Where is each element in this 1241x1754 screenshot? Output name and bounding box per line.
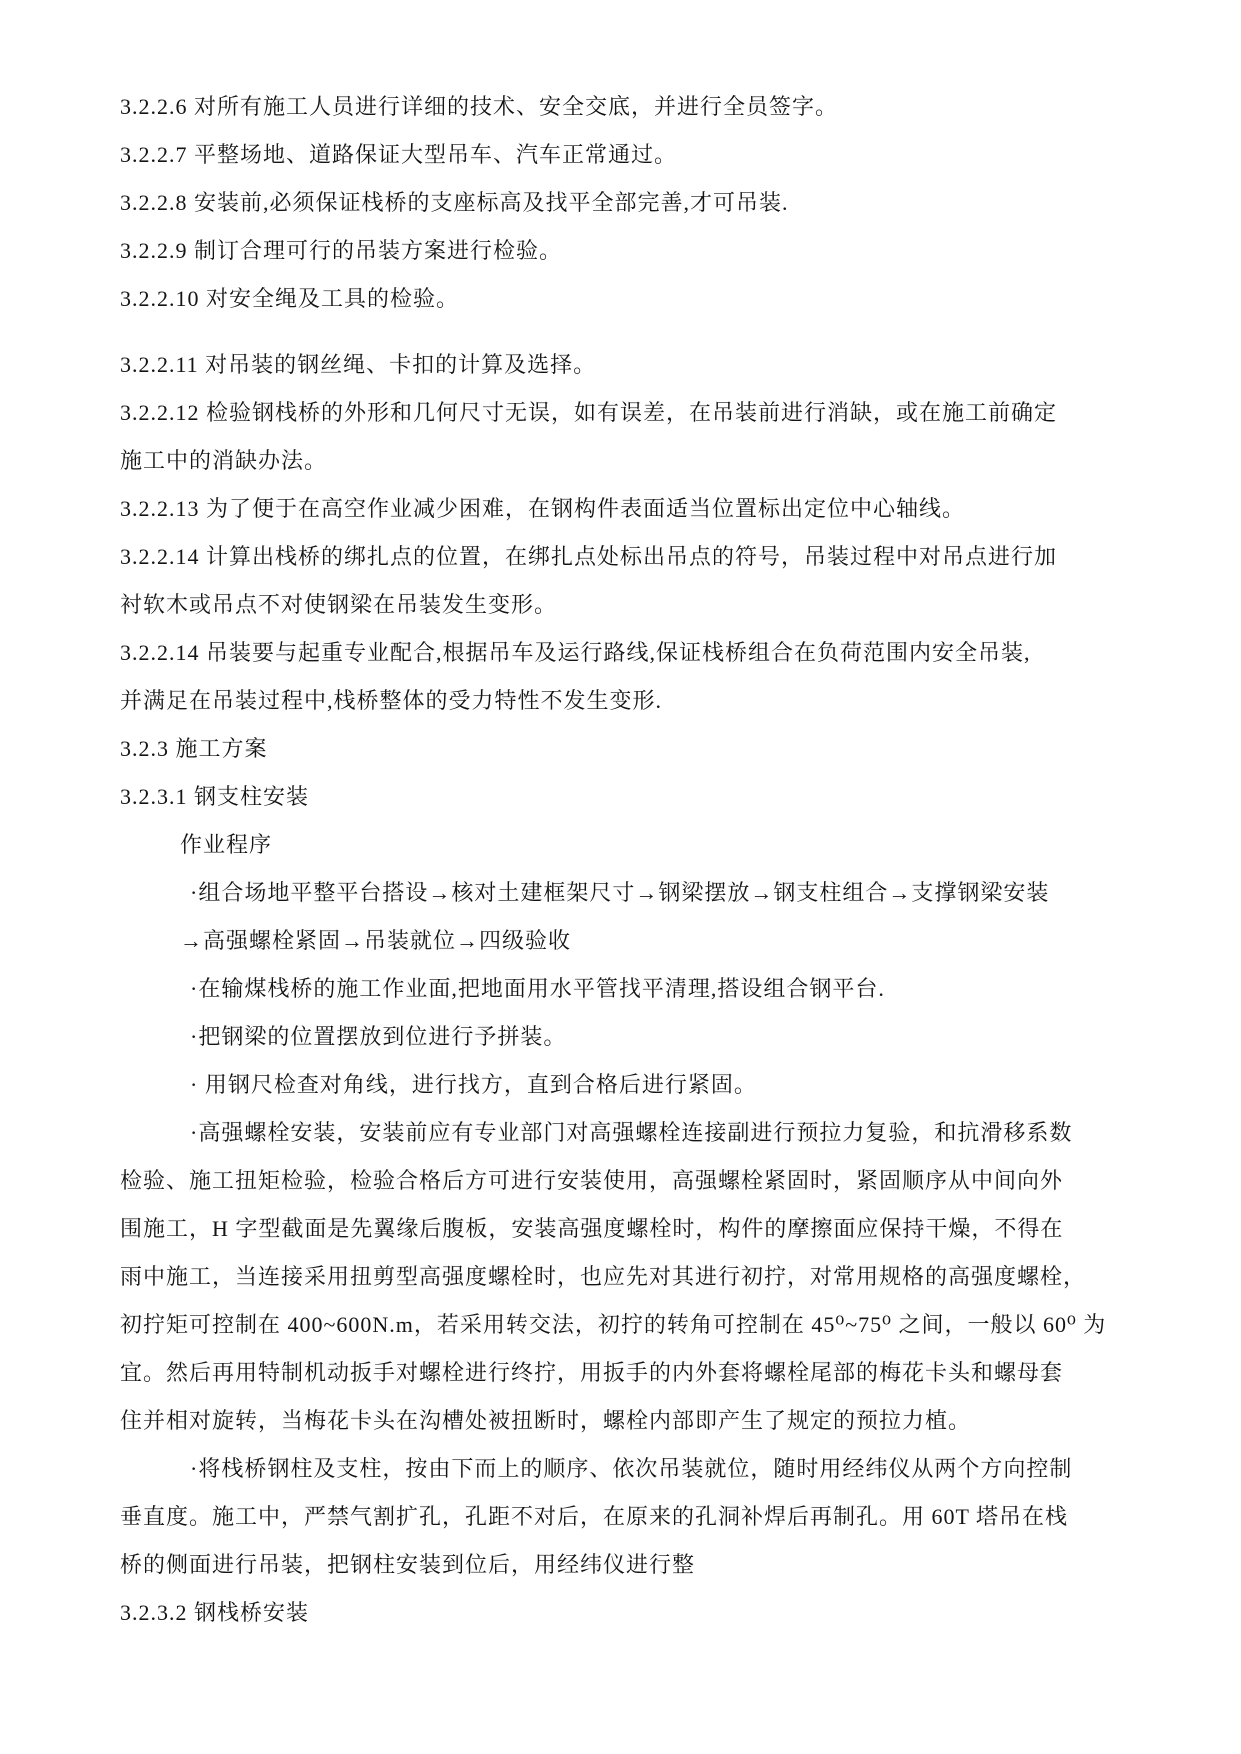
text-line: 垂直度。施工中，严禁气割扩孔，孔距不对后，在原来的孔洞补焊后再制孔。用 60T … (120, 1493, 1141, 1541)
text-line: ·高强螺栓安装，安装前应有专业部门对高强螺栓连接副进行预拉力复验，和抗滑移系数 (120, 1109, 1141, 1157)
text-line: 3.2.3.2 钢栈桥安装 (120, 1589, 1141, 1637)
text-line: 3.2.3 施工方案 (120, 725, 1141, 773)
text-line: · 用钢尺检查对角线，进行找方，直到合格后进行紧固。 (120, 1061, 1141, 1109)
text-line: 3.2.2.9 制订合理可行的吊装方案进行检验。 (120, 227, 1141, 275)
text-line: 3.2.2.14 吊装要与起重专业配合,根据吊车及运行路线,保证栈桥组合在负荷范… (120, 629, 1141, 677)
text-line: 宜。然后再用特制机动扳手对螺栓进行终拧，用扳手的内外套将螺栓尾部的梅花卡头和螺母… (120, 1349, 1141, 1397)
text-line: 3.2.2.6 对所有施工人员进行详细的技术、安全交底，并进行全员签字。 (120, 83, 1141, 131)
text-line: 住并相对旋转，当梅花卡头在沟槽处被扭断时，螺栓内部即产生了规定的预拉力植。 (120, 1397, 1141, 1445)
text-line: 检验、施工扭矩检验，检验合格后方可进行安装使用，高强螺栓紧固时，紧固顺序从中间向… (120, 1157, 1141, 1205)
text-line: →高强螺栓紧固→吊装就位→四级验收 (120, 917, 1141, 965)
text-line: ·把钢梁的位置摆放到位进行予拼装。 (120, 1013, 1141, 1061)
text-line: 3.2.2.7 平整场地、道路保证大型吊车、汽车正常通过。 (120, 131, 1141, 179)
text-line: 3.2.2.10 对安全绳及工具的检验。 (120, 275, 1141, 323)
text-line: 3.2.2.8 安装前,必须保证栈桥的支座标高及找平全部完善,才可吊装. (120, 179, 1141, 227)
text-line: 3.2.3.1 钢支柱安装 (120, 773, 1141, 821)
text-line: 围施工，H 字型截面是先翼缘后腹板，安装高强度螺栓时，构件的摩擦面应保持干燥，不… (120, 1205, 1141, 1253)
text-line: 作业程序 (120, 821, 1141, 869)
text-line: 3.2.2.14 计算出栈桥的绑扎点的位置，在绑扎点处标出吊点的符号，吊装过程中… (120, 533, 1141, 581)
text-line: 雨中施工，当连接采用扭剪型高强度螺栓时，也应先对其进行初拧，对常用规格的高强度螺… (120, 1253, 1141, 1301)
text-line: 施工中的消缺办法。 (120, 437, 1141, 485)
text-line: 3.2.2.12 检验钢栈桥的外形和几何尺寸无误，如有误差，在吊装前进行消缺，或… (120, 389, 1141, 437)
text-line: ·在输煤栈桥的施工作业面,把地面用水平管找平清理,搭设组合钢平台. (120, 965, 1141, 1013)
text-line: 初拧矩可控制在 400~600N.m，若采用转交法，初拧的转角可控制在 45⁰~… (120, 1301, 1141, 1349)
text-line: ·将栈桥钢柱及支柱，按由下而上的顺序、依次吊装就位，随时用经纬仪从两个方向控制 (120, 1445, 1141, 1493)
document-content: 3.2.2.6 对所有施工人员进行详细的技术、安全交底，并进行全员签字。3.2.… (120, 83, 1141, 1637)
text-line: 3.2.2.13 为了便于在高空作业减少困难，在钢构件表面适当位置标出定位中心轴… (120, 485, 1141, 533)
text-line: 3.2.2.11 对吊装的钢丝绳、卡扣的计算及选择。 (120, 341, 1141, 389)
text-line: 并满足在吊装过程中,栈桥整体的受力特性不发生变形. (120, 677, 1141, 725)
text-line: 衬软木或吊点不对使钢梁在吊装发生变形。 (120, 581, 1141, 629)
text-line: ·组合场地平整平台搭设→核对土建框架尺寸→钢梁摆放→钢支柱组合→支撑钢梁安装 (120, 869, 1141, 917)
text-line: 桥的侧面进行吊装，把钢柱安装到位后，用经纬仪进行整 (120, 1541, 1141, 1589)
document-page: 3.2.2.6 对所有施工人员进行详细的技术、安全交底，并进行全员签字。3.2.… (0, 0, 1241, 1754)
